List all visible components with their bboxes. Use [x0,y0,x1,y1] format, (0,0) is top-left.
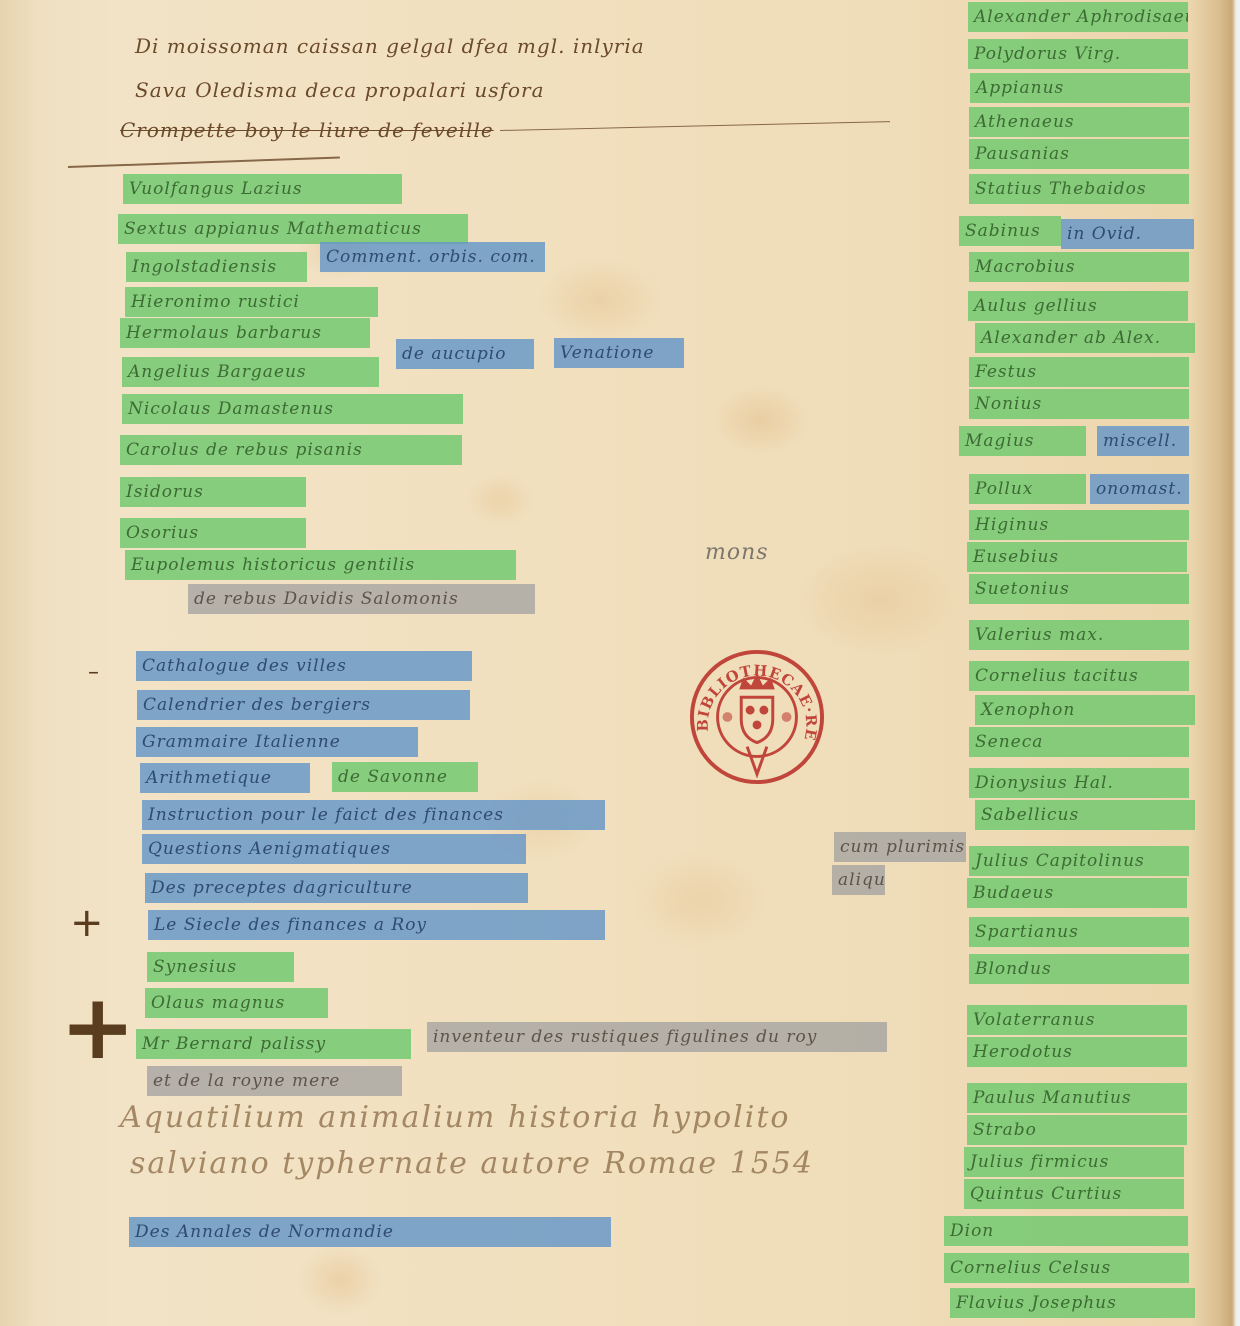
annotation-box-green[interactable]: Sabellicus [975,800,1195,830]
annotation-box-green[interactable]: Hermolaus barbarus [120,318,370,348]
manuscript-page: Di moissoman caissan gelgal dfea mgl. in… [0,0,1240,1326]
annotation-box-blue[interactable]: Venatione [554,338,684,368]
annotation-box-green[interactable]: Isidorus [120,477,306,507]
svg-text:BIBLIOTHECAE·REGIAE: BIBLIOTHECAE·REGIAE [688,648,820,742]
latin-entry-line-1: Aquatilium animalium historia hypolito [120,1100,790,1135]
header-line-3: Crompette boy le liure de feveille [120,118,494,142]
annotation-box-blue[interactable]: Des preceptes dagriculture [145,873,528,903]
annotation-box-blue[interactable]: de aucupio [396,339,534,369]
annotation-box-green[interactable]: Macrobius [969,252,1189,282]
annotation-box-green[interactable]: Pollux [969,474,1086,504]
annotation-box-green[interactable]: Statius Thebaidos [969,174,1189,204]
annotation-box-green[interactable]: Magius [959,426,1086,456]
annotation-box-green[interactable]: Polydorus Virg. [968,39,1188,69]
annotation-box-blue[interactable]: Grammaire Italienne [136,727,418,757]
annotation-box-blue[interactable]: Questions Aenigmatiques [142,834,526,864]
annotation-box-gray[interactable]: cum plurimis aliis [834,832,966,862]
annotation-box-blue[interactable]: Le Siecle des finances a Roy [148,910,605,940]
annotation-box-gray[interactable]: aliqui [832,865,885,895]
annotation-box-green[interactable]: Carolus de rebus pisanis [120,435,462,465]
margin-cross-mark: + [70,900,104,946]
annotation-box-blue[interactable]: in Ovid. [1061,219,1194,249]
annotation-box-green[interactable]: Athenaeus [969,107,1189,137]
annotation-box-green[interactable]: Vuolfangus Lazius [123,174,402,204]
annotation-box-green[interactable]: Ingolstadiensis [126,252,307,282]
annotation-box-green[interactable]: Volaterranus [967,1005,1187,1035]
annotation-box-green[interactable]: Blondus [969,954,1189,984]
annotation-box-blue[interactable]: Des Annales de Normandie [129,1217,611,1247]
margin-large-cross-mark: + [60,975,135,1080]
annotation-box-green[interactable]: Olaus magnus [145,988,328,1018]
annotation-box-green[interactable]: Dion [944,1216,1188,1246]
annotation-box-green[interactable]: Suetonius [969,574,1189,604]
annotation-box-green[interactable]: de Savonne [332,762,478,792]
annotation-box-green[interactable]: Spartianus [969,917,1189,947]
annotation-box-blue[interactable]: onomast. [1090,474,1189,504]
header-line-1: Di moissoman caissan gelgal dfea mgl. in… [135,34,645,58]
annotation-box-green[interactable]: Flavius Josephus [950,1288,1195,1318]
annotation-box-green[interactable]: Seneca [969,727,1189,757]
annotation-box-blue[interactable]: Arithmetique [140,763,310,793]
marginal-note: mons [705,540,769,565]
annotation-box-green[interactable]: Valerius max. [969,620,1189,650]
annotation-box-green[interactable]: Osorius [120,518,306,548]
annotation-box-green[interactable]: Cornelius tacitus [969,661,1189,691]
annotation-box-blue[interactable]: Comment. orbis. com. [320,242,545,272]
annotation-box-green[interactable]: Hieronimo rustici [125,287,378,317]
annotation-box-green[interactable]: Alexander Aphrodisaeus [968,2,1188,32]
annotation-box-green[interactable]: Nonius [969,389,1189,419]
annotation-box-green[interactable]: Sextus appianus Mathematicus [118,214,468,244]
header-line-2: Sava Oledisma deca propalari usfora [135,78,545,102]
annotation-box-green[interactable]: Sabinus [959,216,1061,246]
annotation-box-gray[interactable]: inventeur des rustiques figulines du roy [427,1022,887,1052]
latin-entry-line-2: salviano typhernate autore Romae 1554 [130,1146,814,1181]
annotation-box-green[interactable]: Julius firmicus [964,1147,1184,1177]
library-seal-icon: BIBLIOTHECAE·REGIAE [688,648,826,786]
annotation-box-green[interactable]: Mr Bernard palissy [136,1029,411,1059]
header-divider [68,157,340,168]
annotation-box-green[interactable]: Budaeus [967,878,1187,908]
annotation-box-green[interactable]: Higinus [969,510,1189,540]
annotation-box-green[interactable]: Aulus gellius [968,291,1188,321]
annotation-box-green[interactable]: Paulus Manutius [967,1083,1187,1113]
annotation-box-green[interactable]: Pausanias [969,139,1189,169]
annotation-box-green[interactable]: Alexander ab Alex. [975,323,1195,353]
annotation-box-gray[interactable]: de rebus Davidis Salomonis [188,584,535,614]
annotation-box-green[interactable]: Quintus Curtius [964,1179,1184,1209]
annotation-box-green[interactable]: Festus [969,357,1189,387]
annotation-box-gray[interactable]: et de la royne mere [147,1066,402,1096]
annotation-box-blue[interactable]: miscell. [1097,426,1189,456]
margin-dash-mark: – [88,660,99,685]
annotation-box-green[interactable]: Dionysius Hal. [969,768,1189,798]
annotation-box-green[interactable]: Julius Capitolinus [969,846,1189,876]
annotation-box-green[interactable]: Nicolaus Damastenus [122,394,463,424]
annotation-box-green[interactable]: Eupolemus historicus gentilis [125,550,516,580]
annotation-box-green[interactable]: Cornelius Celsus [944,1253,1189,1283]
annotation-box-green[interactable]: Herodotus [967,1037,1187,1067]
annotation-box-green[interactable]: Angelius Bargaeus [122,357,379,387]
annotation-box-blue[interactable]: Calendrier des bergiers [137,690,470,720]
annotation-box-green[interactable]: Xenophon [975,695,1195,725]
annotation-box-blue[interactable]: Instruction pour le faict des finances [142,800,605,830]
annotation-box-green[interactable]: Synesius [147,952,294,982]
annotation-box-green[interactable]: Appianus [970,73,1190,103]
strike-rule [500,121,890,131]
annotation-box-blue[interactable]: Cathalogue des villes [136,651,472,681]
annotation-box-green[interactable]: Strabo [967,1115,1187,1145]
annotation-box-green[interactable]: Eusebius [967,542,1187,572]
